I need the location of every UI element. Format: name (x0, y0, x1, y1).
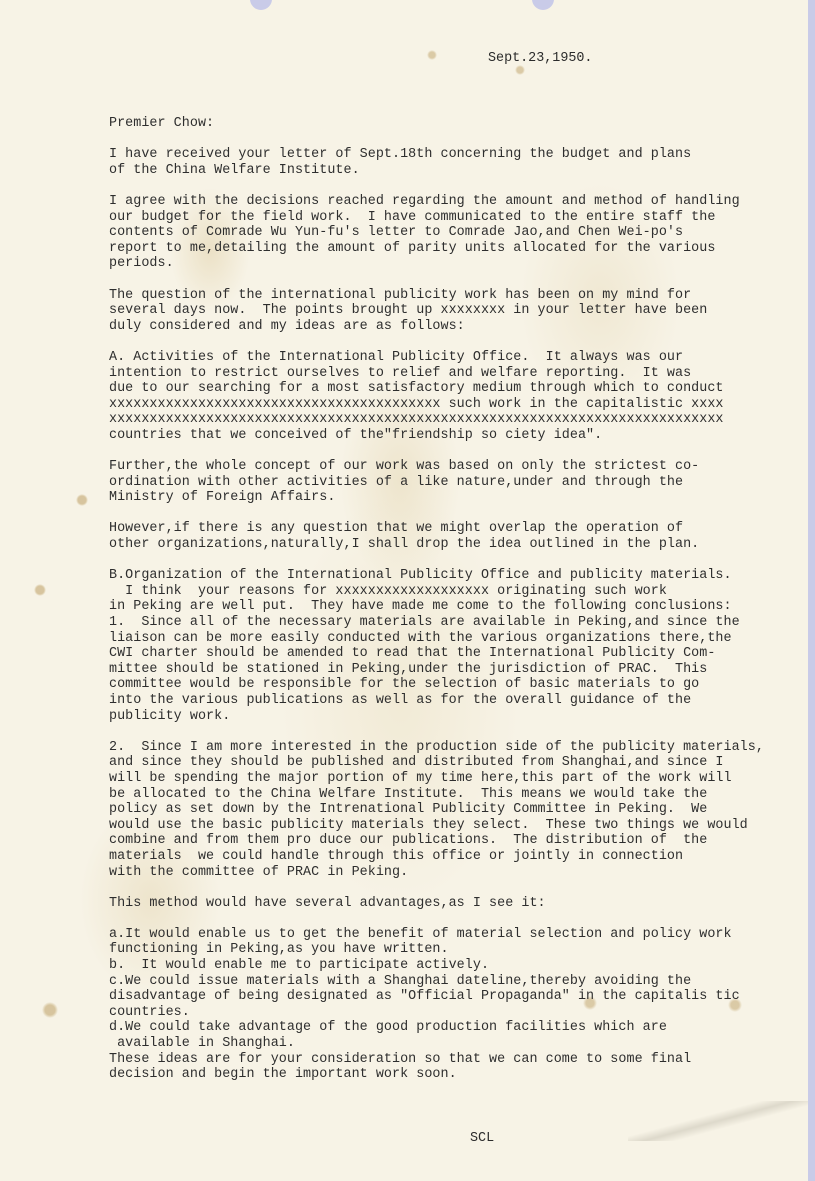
advantage-d: d.We could take advantage of the good pr… (109, 1020, 779, 1051)
section-a-activities: A. Activities of the International Publi… (109, 350, 779, 444)
advantage-a: a.It would enable us to get the benefit … (109, 927, 779, 958)
paragraph-publicity-question: The question of the international public… (109, 288, 779, 335)
point-2-production: 2. Since I am more interested in the pro… (109, 740, 779, 880)
paragraph-advantages-intro: This method would have several advantage… (109, 896, 779, 912)
letter-date: Sept.23,1950. (488, 51, 592, 66)
punch-hole (250, 0, 272, 10)
paper-crease (628, 1101, 808, 1141)
advantage-b: b. It would enable me to participate act… (109, 958, 779, 974)
letter-body: Premier Chow: I have received your lette… (109, 116, 779, 1083)
salutation: Premier Chow: (109, 116, 779, 132)
letter-page: Sept.23,1950. Premier Chow: I have recei… (0, 0, 808, 1181)
paragraph-budget: I agree with the decisions reached regar… (109, 194, 779, 272)
paragraph-receipt: I have received your letter of Sept.18th… (109, 147, 779, 178)
section-b-organization: B.Organization of the International Publ… (109, 568, 779, 724)
paragraph-overlap: However,if there is any question that we… (109, 521, 779, 552)
signature: SCL (470, 1131, 494, 1146)
paragraph-coordination: Further,the whole concept of our work wa… (109, 459, 779, 506)
advantage-c: c.We could issue materials with a Shangh… (109, 974, 779, 1021)
closing-paragraph: These ideas are for your consideration s… (109, 1052, 779, 1083)
punch-hole (532, 0, 554, 10)
